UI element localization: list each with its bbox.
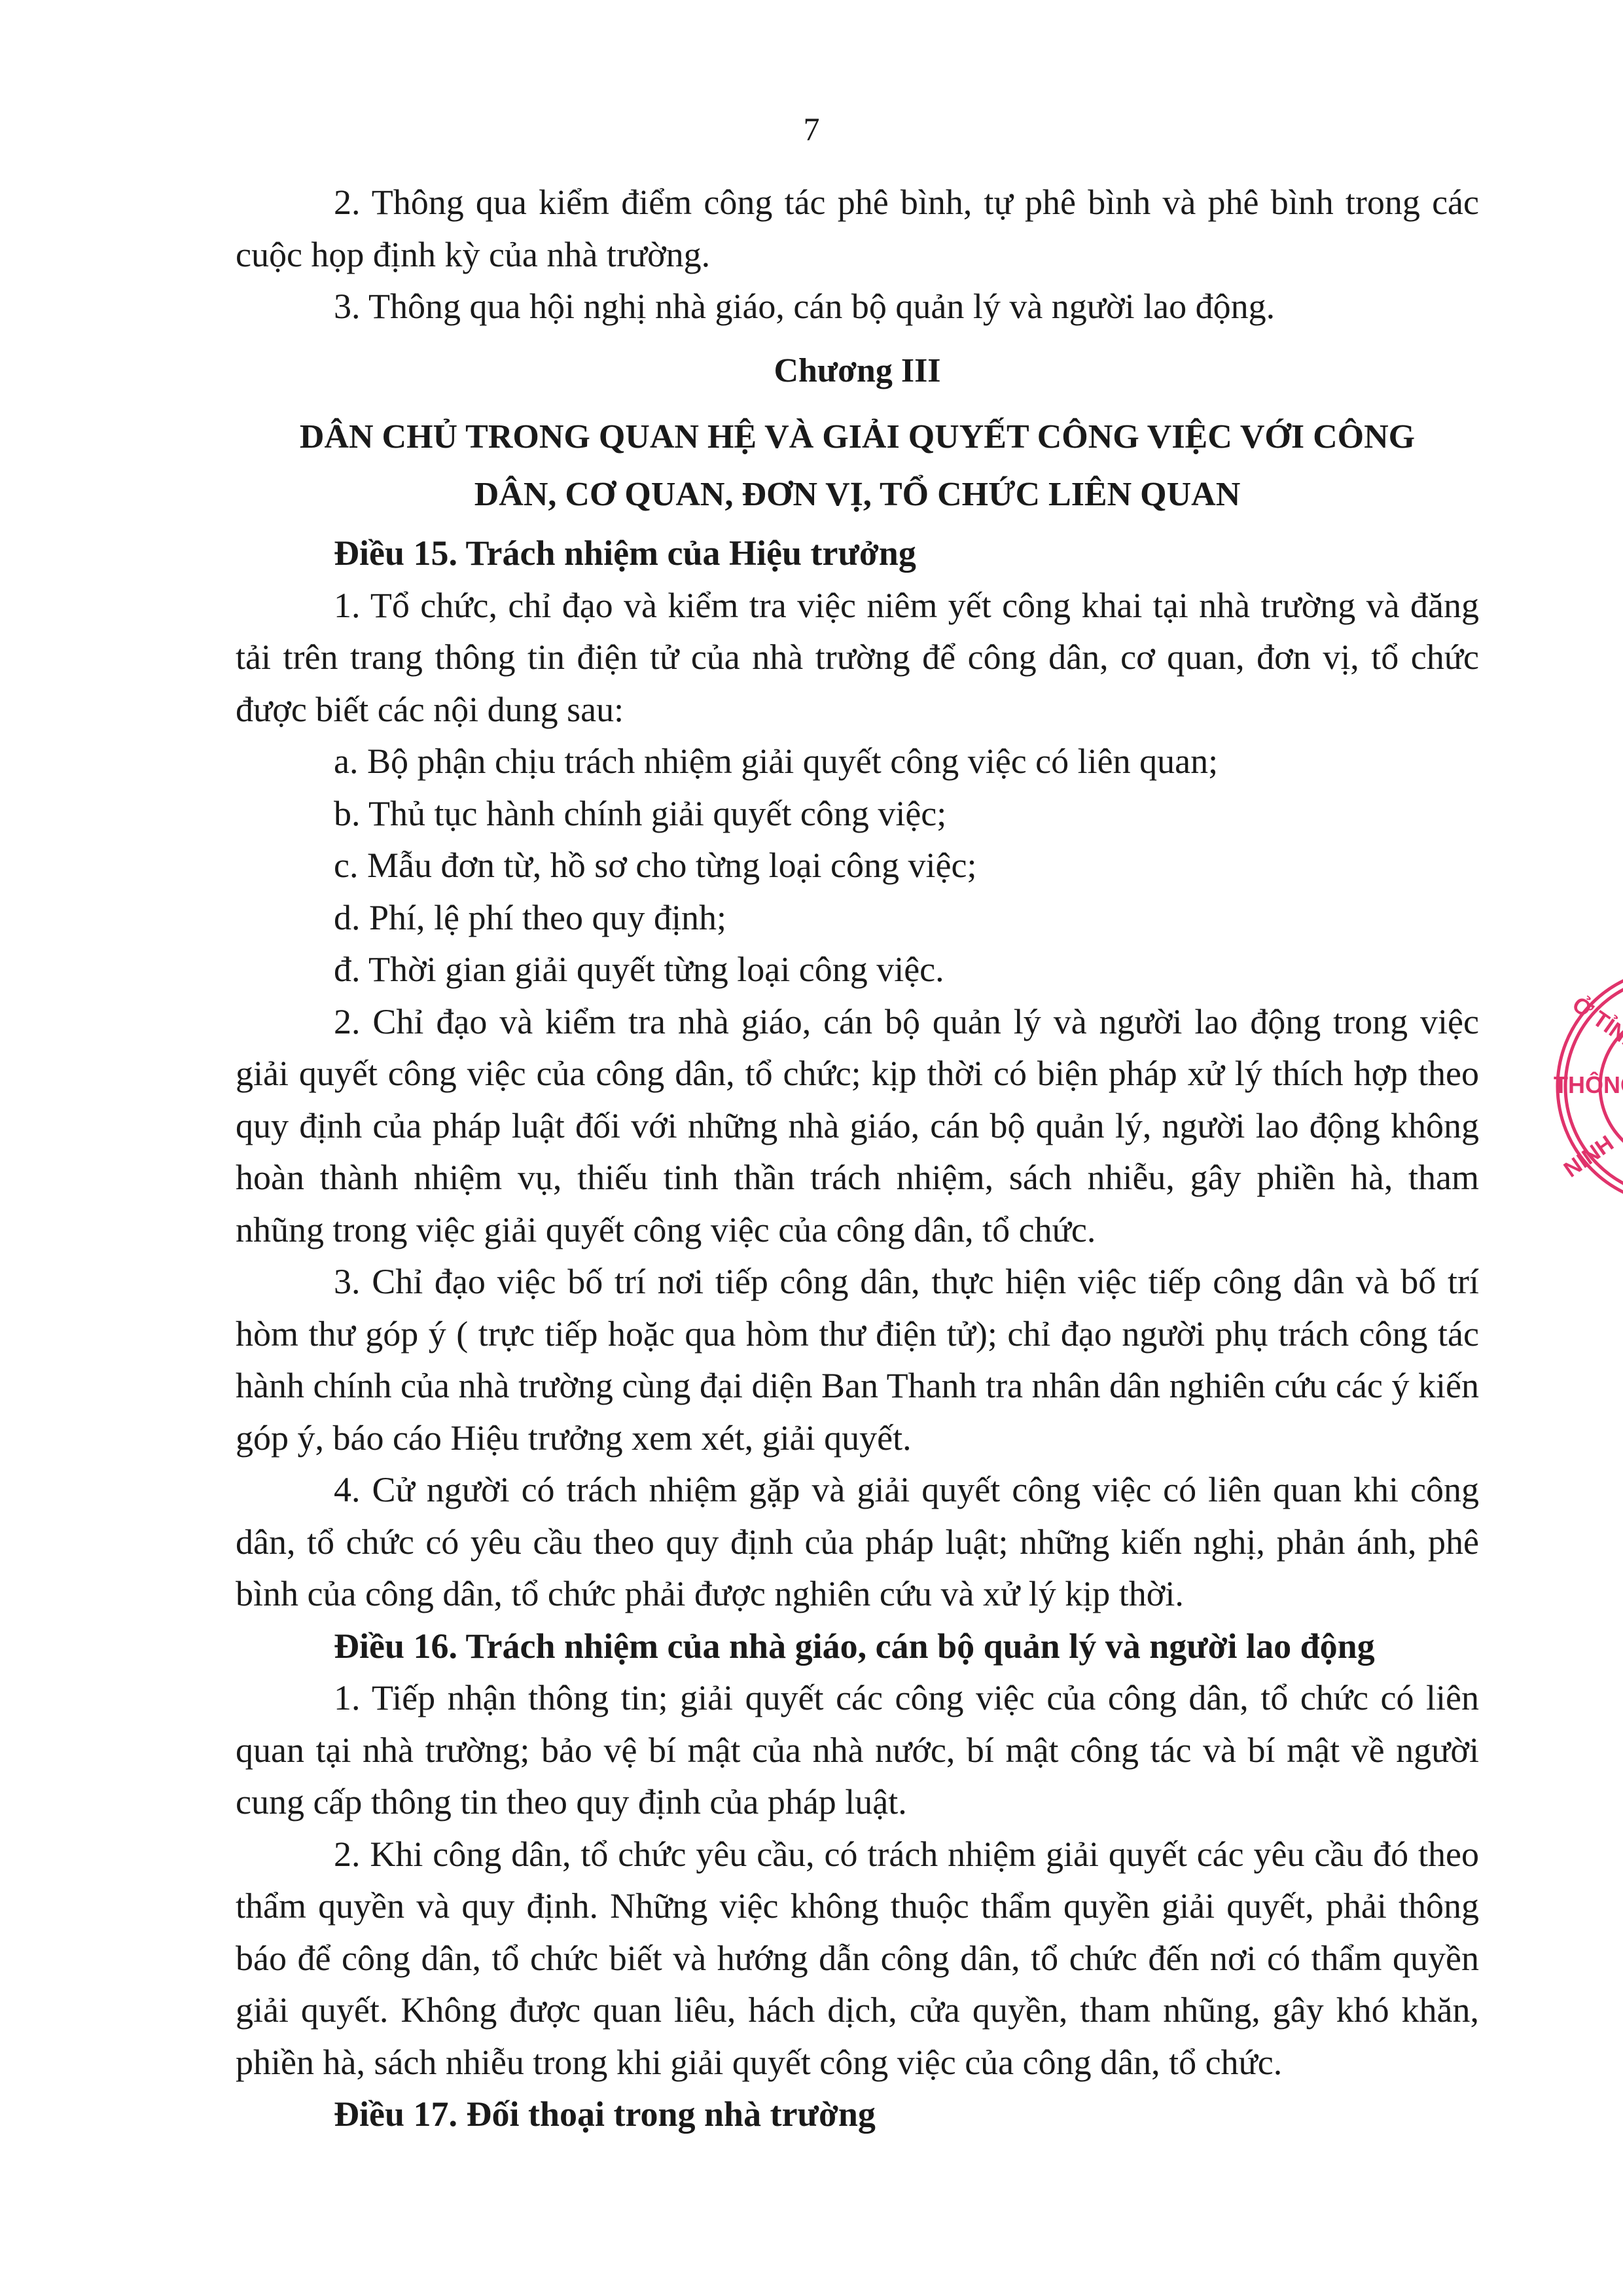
article-15-item-dd: đ. Thời gian giải quyết từng loại công v… <box>236 944 1479 996</box>
article-15-paragraph-2: 2. Chỉ đạo và kiểm tra nhà giáo, cán bộ … <box>236 996 1479 1257</box>
article-15-paragraph-4: 4. Cử người có trách nhiệm gặp và giải q… <box>236 1464 1479 1621</box>
article-15-item-d: d. Phí, lệ phí theo quy định; <box>236 892 1479 944</box>
article-15-item-b: b. Thủ tục hành chính giải quyết công vi… <box>236 788 1479 840</box>
intro-paragraph-3: 3. Thông qua hội nghị nhà giáo, cán bộ q… <box>236 281 1479 333</box>
article-16-heading: Điều 16. Trách nhiệm của nhà giáo, cán b… <box>236 1621 1479 1673</box>
document-body: 2. Thông qua kiểm điểm công tác phê bình… <box>236 177 1479 2141</box>
chapter-title-line2: DÂN, CƠ QUAN, ĐƠN VỊ, TỔ CHỨC LIÊN QUAN <box>236 466 1479 524</box>
article-17-heading: Điều 17. Đối thoại trong nhà trường <box>236 2089 1479 2141</box>
article-15-paragraph-1: 1. Tổ chức, chỉ đạo và kiểm tra việc niê… <box>236 580 1479 736</box>
official-stamp-icon: Ở TỈNH THÔNG NINH <box>1551 962 1623 1211</box>
stamp-text-middle: THÔNG <box>1554 1071 1623 1098</box>
page-number: 7 <box>0 110 1623 148</box>
chapter-title-line1: DÂN CHỦ TRONG QUAN HỆ VÀ GIẢI QUYẾT CÔNG… <box>236 408 1479 466</box>
article-16-paragraph-1: 1. Tiếp nhận thông tin; giải quyết các c… <box>236 1672 1479 1829</box>
article-15-item-c: c. Mẫu đơn từ, hồ sơ cho từng loại công … <box>236 840 1479 892</box>
article-16-paragraph-2: 2. Khi công dân, tổ chức yêu cầu, có trá… <box>236 1829 1479 2089</box>
intro-paragraph-2: 2. Thông qua kiểm điểm công tác phê bình… <box>236 177 1479 281</box>
article-15-heading: Điều 15. Trách nhiệm của Hiệu trưởng <box>236 528 1479 580</box>
article-15-item-a: a. Bộ phận chịu trách nhiệm giải quyết c… <box>236 736 1479 788</box>
article-15-paragraph-3: 3. Chỉ đạo việc bố trí nơi tiếp công dân… <box>236 1256 1479 1464</box>
chapter-label: Chương III <box>236 345 1479 397</box>
